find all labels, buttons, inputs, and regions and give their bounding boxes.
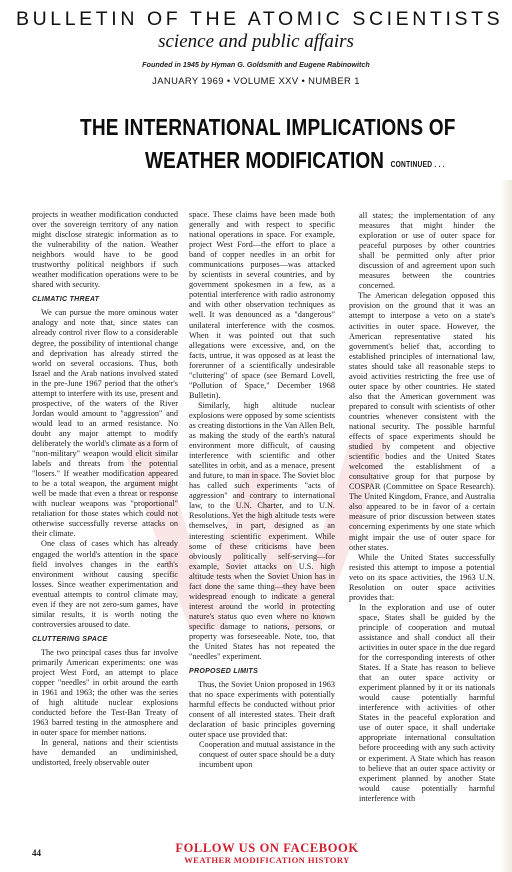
headline-line-2: WEATHER MODIFICATION — [145, 147, 384, 173]
section-heading-proposed-limits: PROPOSED LIMITS — [189, 667, 335, 676]
issue-line: JANUARY 1969 • VOLUME XXV • NUMBER 1 — [0, 75, 512, 87]
journal-title: BULLETIN OF THE ATOMIC SCIENTISTS — [16, 8, 500, 30]
paragraph: One class of cases which has already eng… — [32, 539, 178, 629]
paragraph: The American delegation opposed this pro… — [349, 291, 495, 552]
journal-subtitle: science and public affairs — [0, 31, 512, 53]
paragraph: While the United States successfully res… — [349, 553, 495, 603]
founded-line: Founded in 1945 by Hyman G. Goldsmith an… — [0, 60, 512, 70]
column-3: all states; the implementation of any me… — [349, 211, 495, 804]
paragraph: space. These claims have been made both … — [189, 210, 335, 401]
block-quote: Cooperation and mutual assistance in the… — [199, 740, 335, 770]
paragraph: projects in weather modification conduct… — [32, 210, 178, 290]
paragraph: Similarly, high altitude nuclear explosi… — [189, 401, 335, 662]
paragraph: Thus, the Soviet Union proposed in 1963 … — [189, 680, 335, 740]
headline-line-2-wrap: WEATHER MODIFICATIONCONTINUED . . . — [145, 147, 445, 178]
block-quote-continued: all states; the implementation of any me… — [359, 211, 495, 291]
paragraph: We can pursue the more ominous water ana… — [32, 308, 178, 539]
page-edge-shadow — [500, 180, 512, 872]
section-heading-climatic-threat: CLIMATIC THREAT — [32, 295, 178, 304]
headline-line-1: THE INTERNATIONAL IMPLICATIONS OF — [80, 114, 375, 140]
paragraph: The two principal cases thus far involve… — [32, 648, 178, 738]
continued-label: CONTINUED . . . — [391, 160, 445, 169]
facebook-page-name[interactable]: WEATHER MODIFICATION HISTORY — [22, 855, 512, 865]
column-2: space. These claims have been made both … — [189, 210, 335, 771]
facebook-follow-text[interactable]: FOLLOW US ON FACEBOOK — [22, 842, 512, 855]
facebook-banner[interactable]: FOLLOW US ON FACEBOOK WEATHER MODIFICATI… — [0, 842, 512, 865]
block-quote: In the exploration and use of outer spac… — [359, 603, 495, 804]
column-1: projects in weather modification conduct… — [32, 210, 178, 768]
paragraph: In general, nations and their scientists… — [32, 738, 178, 768]
section-heading-cluttering-space: CLUTTERING SPACE — [32, 635, 178, 644]
